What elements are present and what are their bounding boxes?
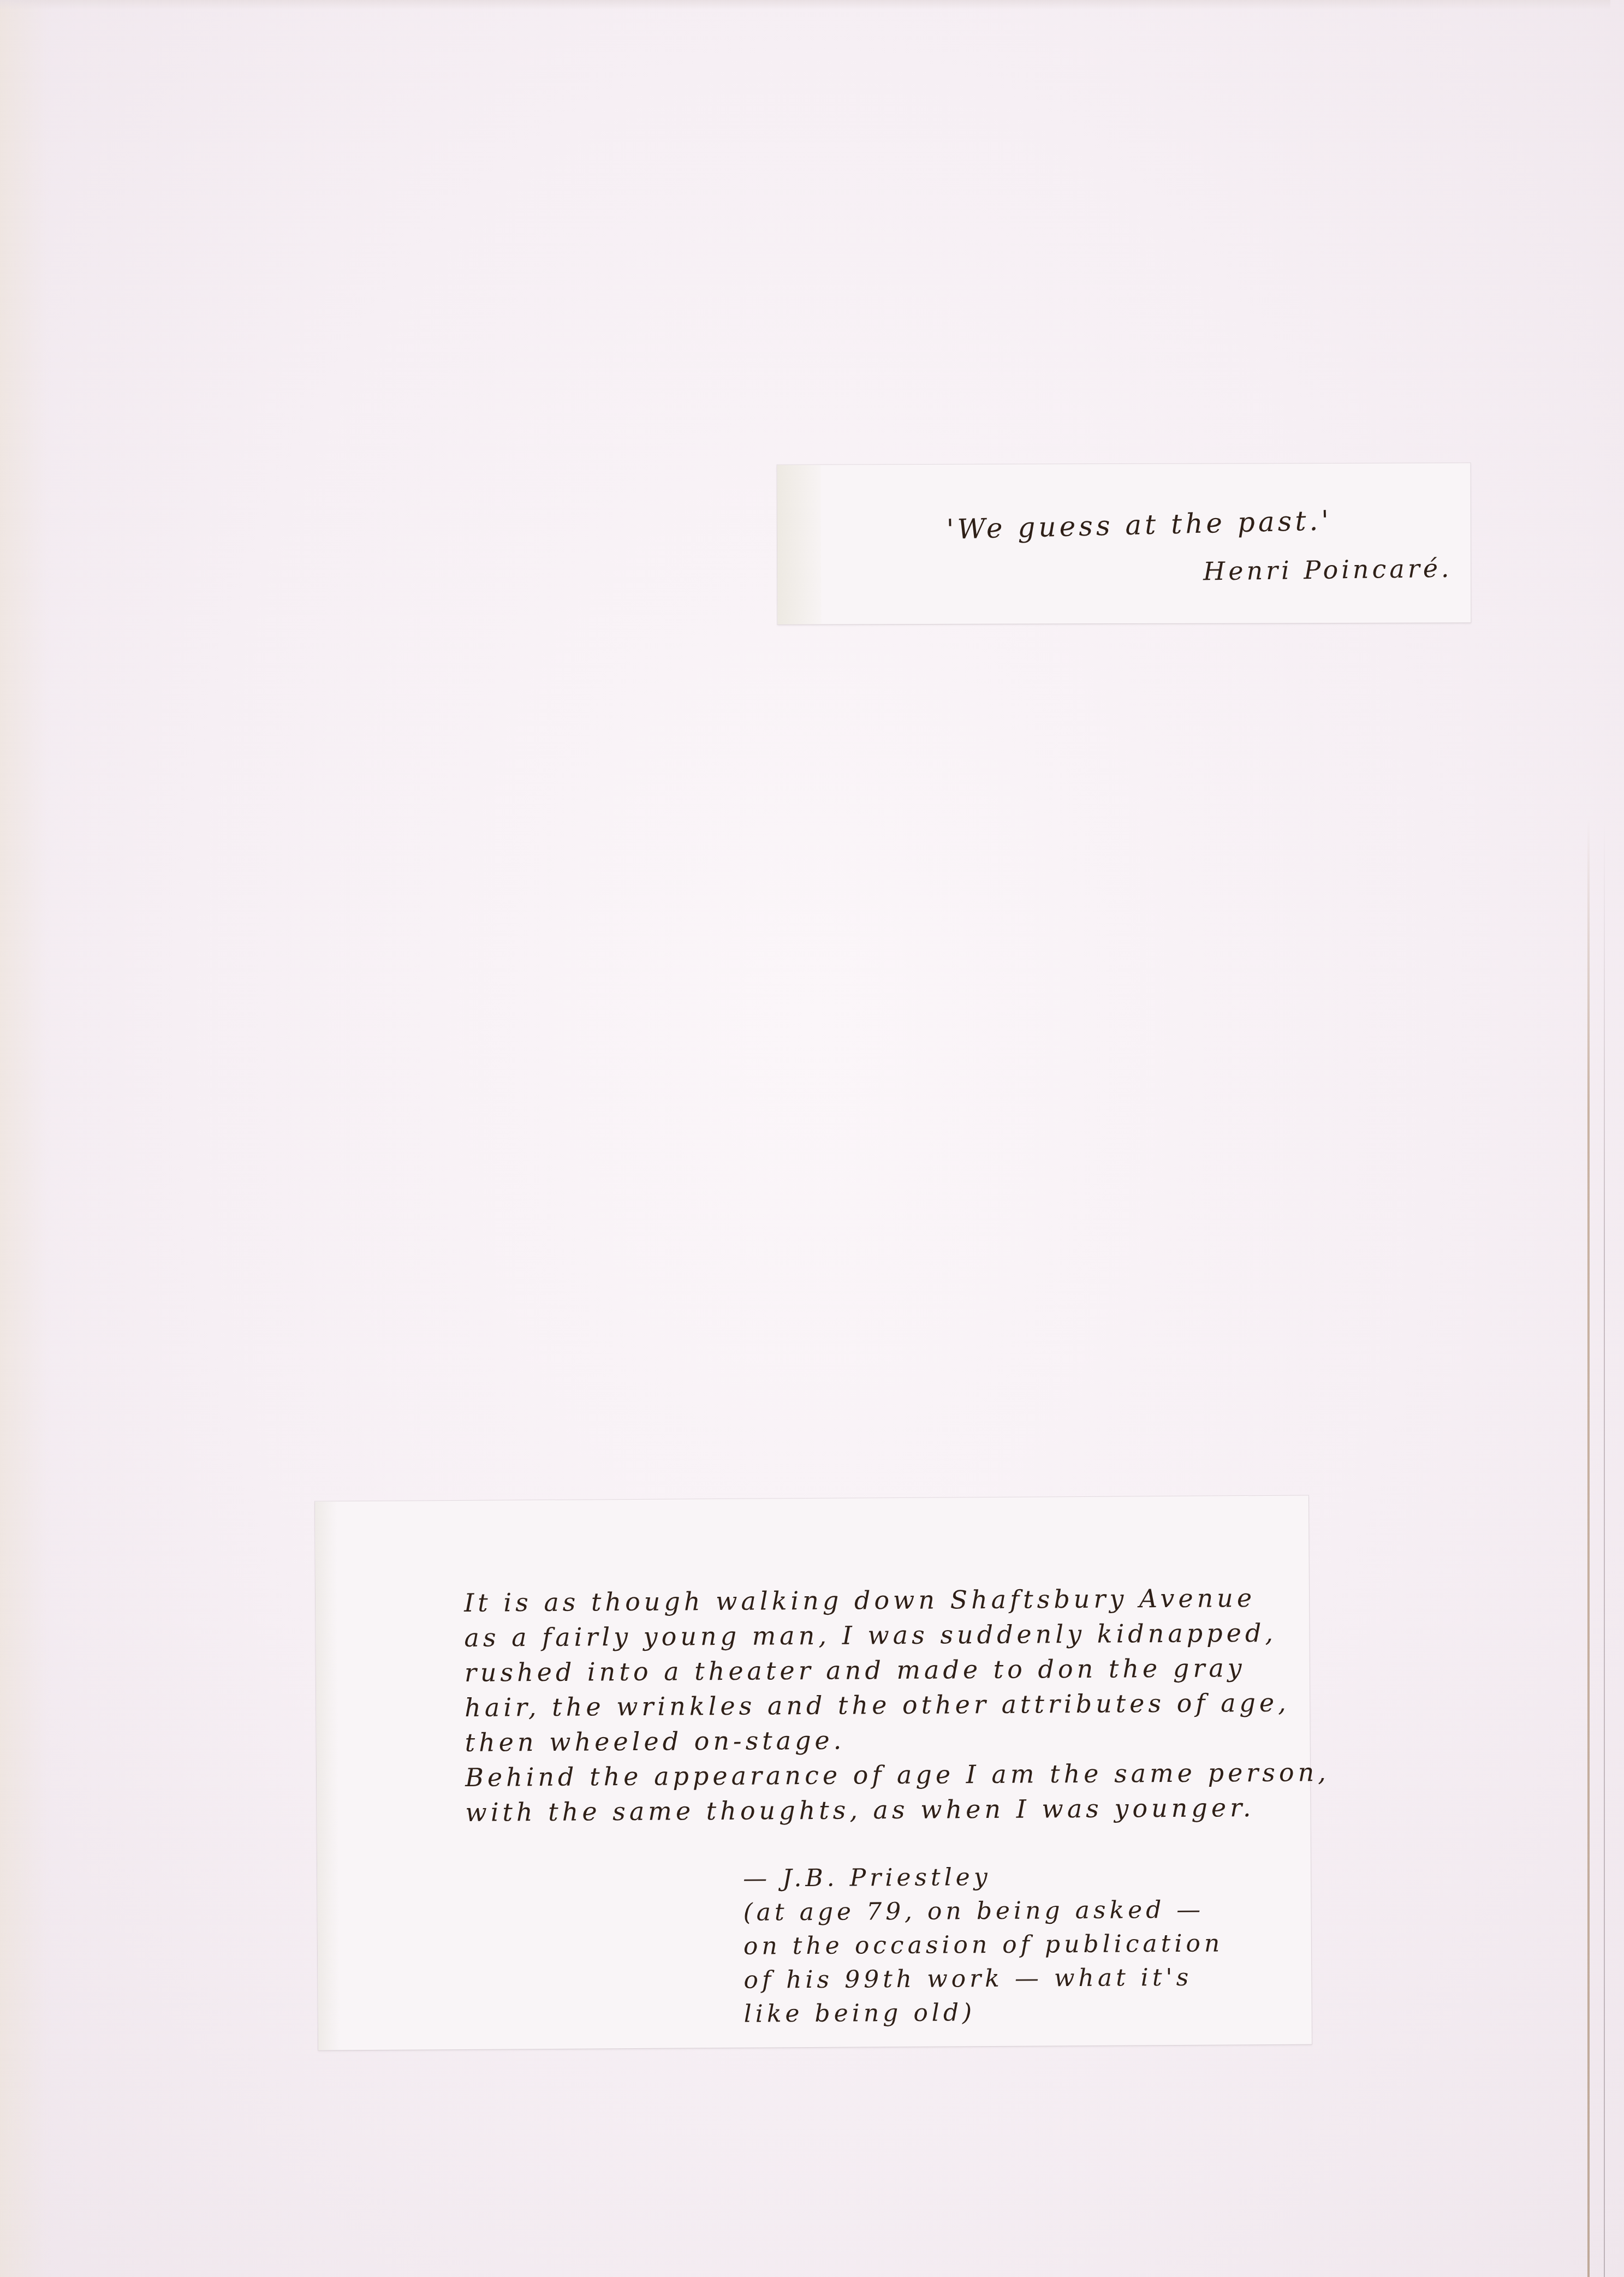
quote-line: hair, the wrinkles and the other attribu… — [465, 1685, 1283, 1725]
context-line: of his 99th work — what it's — [743, 1960, 1224, 1997]
quote-line: It is as though walking down Shaftsbury … — [464, 1580, 1283, 1620]
board-left-stain — [0, 0, 49, 2277]
priestley-signature-block: — J.B. Priestley (at age 79, on being as… — [743, 1859, 1224, 2031]
quote-line: Behind the appearance of age I am the sa… — [465, 1755, 1284, 1795]
priestley-attribution: — J.B. Priestley — [743, 1859, 1223, 1895]
priestley-quote-body: It is as though walking down Shaftsbury … — [464, 1580, 1284, 1830]
context-line: (at age 79, on being asked — — [743, 1893, 1223, 1929]
context-line: on the occasion of publication — [743, 1927, 1224, 1963]
board-top-edge — [0, 0, 1610, 10]
quote-line: with the same thoughts, as when I was yo… — [465, 1790, 1284, 1830]
quote-line: rushed into a theater and made to don th… — [465, 1650, 1283, 1690]
poincare-attribution: Henri Poincaré. — [1203, 554, 1453, 586]
priestley-quote-slip: It is as though walking down Shaftsbury … — [315, 1495, 1312, 2050]
mount-board: 'We guess at the past.' Henri Poincaré. … — [0, 0, 1624, 2277]
context-line: like being old) — [744, 1994, 1224, 2031]
quote-line: as a fairly young man, I was suddenly ki… — [464, 1615, 1283, 1655]
poincare-quote-slip: 'We guess at the past.' Henri Poincaré. — [777, 463, 1471, 624]
tape-strip — [315, 1501, 340, 2050]
tape-strip — [777, 465, 822, 624]
board-right-edge-inner — [1604, 819, 1605, 2277]
poincare-quote-text: 'We guess at the past.' — [946, 504, 1332, 545]
quote-line: then wheeled on-stage. — [465, 1720, 1283, 1760]
board-right-edge — [1587, 819, 1590, 2277]
